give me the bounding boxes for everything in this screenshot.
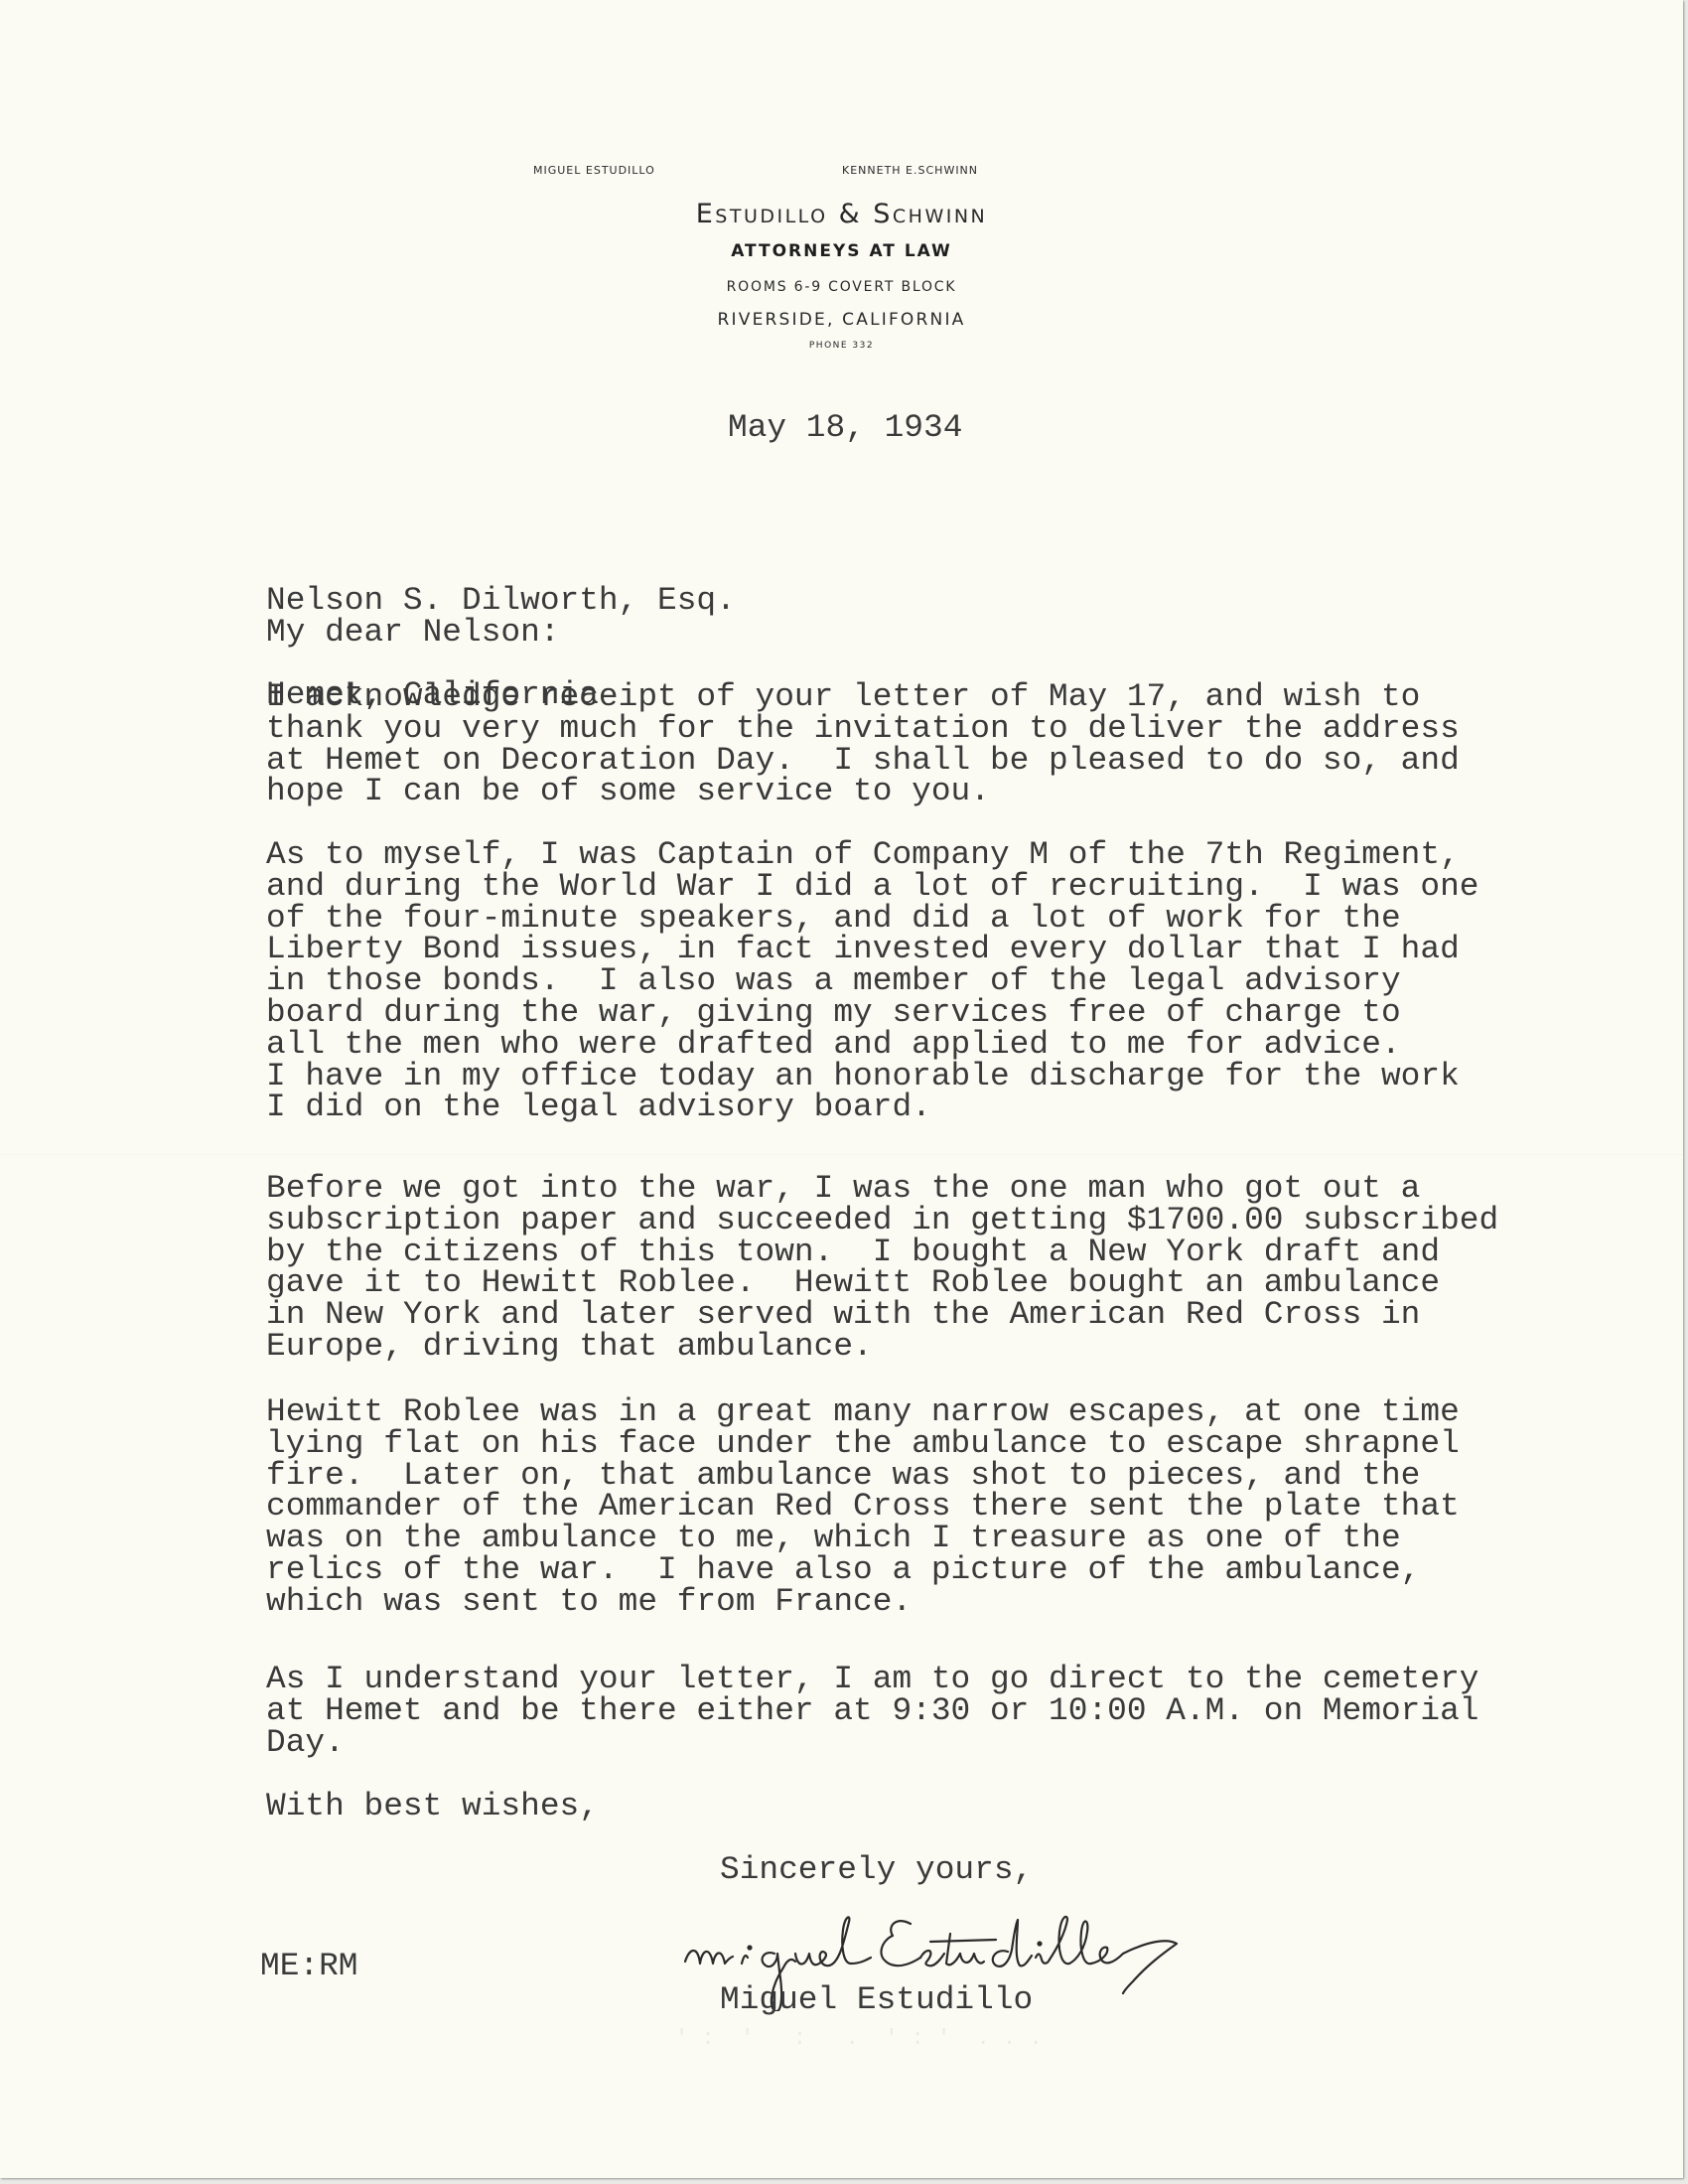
paragraph-line: relics of the war. I have also a picture…	[266, 1554, 1460, 1586]
paragraph-line: subscription paper and succeeded in gett…	[266, 1205, 1498, 1237]
paragraph-line: gave it to Hewitt Roblee. Hewitt Roblee …	[266, 1267, 1498, 1299]
paragraph-line: in New York and later served with the Am…	[266, 1299, 1498, 1331]
firm-city: RIVERSIDE, CALIFORNIA	[0, 310, 1683, 330]
paragraph-2: As to myself, I was Captain of Company M…	[266, 839, 1478, 1123]
paragraph-line: I did on the legal advisory board.	[266, 1092, 1478, 1123]
letter-date: May 18, 1934	[728, 412, 962, 444]
paragraph-line: was on the ambulance to me, which I trea…	[266, 1523, 1460, 1554]
paper-fold	[0, 1154, 1683, 1156]
paragraph-line: Hewitt Roblee was in a great many narrow…	[266, 1396, 1460, 1428]
closing-wish: With best wishes,	[266, 1791, 599, 1822]
paragraph-line: commander of the American Red Cross ther…	[266, 1491, 1460, 1523]
paragraph-5: As I understand your letter, I am to go …	[266, 1664, 1478, 1758]
paragraph-line: Europe, driving that ambulance.	[266, 1331, 1498, 1363]
paragraph-line: at Hemet and be there either at 9:30 or …	[266, 1695, 1478, 1727]
paragraph-line: hope I can be of some service to you.	[266, 776, 1460, 807]
paragraph-line: at Hemet on Decoration Day. I shall be p…	[266, 745, 1460, 777]
paragraph-4: Hewitt Roblee was in a great many narrow…	[266, 1396, 1460, 1618]
paragraph-line: all the men who were drafted and applied…	[266, 1029, 1478, 1061]
firm-practice: ATTORNEYS AT LAW	[0, 241, 1683, 261]
paragraph-line: Liberty Bond issues, in fact invested ev…	[266, 934, 1478, 965]
paragraph-1: I acknowledge receipt of your letter of …	[266, 681, 1460, 807]
reference-initials: ME:RM	[260, 1951, 358, 1982]
paragraph-line: Day.	[266, 1727, 1478, 1759]
recipient-name: Nelson S. Dilworth, Esq.	[266, 585, 736, 617]
firm-phone: PHONE 332	[0, 341, 1683, 351]
partner-name-right: KENNETH E.SCHWINN	[842, 164, 978, 177]
salutation: My dear Nelson:	[266, 617, 560, 649]
paragraph-line: board during the war, giving my services…	[266, 997, 1478, 1029]
paragraph-line: in those bonds. I also was a member of t…	[266, 965, 1478, 997]
paragraph-line: thank you very much for the invitation t…	[266, 713, 1460, 745]
paragraph-line: and during the World War I did a lot of …	[266, 871, 1478, 903]
paragraph-line: which was sent to me from France.	[266, 1586, 1460, 1618]
firm-name: Estudillo & Schwinn	[0, 199, 1683, 229]
paragraph-line: I have in my office today an honorable d…	[266, 1061, 1478, 1092]
paragraph-line: Before we got into the war, I was the on…	[266, 1173, 1498, 1205]
paragraph-line: I acknowledge receipt of your letter of …	[266, 681, 1460, 713]
paragraph-line: of the four-minute speakers, and did a l…	[266, 903, 1478, 935]
faint-impression: ' : ' : . ' : ' . . .	[675, 2026, 1055, 2051]
paragraph-3: Before we got into the war, I was the on…	[266, 1173, 1498, 1363]
paragraph-line: As I understand your letter, I am to go …	[266, 1664, 1478, 1695]
firm-address: ROOMS 6-9 COVERT BLOCK	[0, 279, 1683, 295]
paragraph-line: fire. Later on, that ambulance was shot …	[266, 1460, 1460, 1492]
letter-paper: MIGUEL ESTUDILLO KENNETH E.SCHWINN Estud…	[0, 0, 1683, 2178]
partner-name-left: MIGUEL ESTUDILLO	[533, 164, 655, 177]
closing: Sincerely yours,	[720, 1854, 1033, 1886]
paragraph-line: by the citizens of this town. I bought a…	[266, 1237, 1498, 1268]
typed-signer-name: Miguel Estudillo	[720, 1984, 1033, 2016]
paragraph-line: lying flat on his face under the ambulan…	[266, 1428, 1460, 1460]
paragraph-line: As to myself, I was Captain of Company M…	[266, 839, 1478, 871]
